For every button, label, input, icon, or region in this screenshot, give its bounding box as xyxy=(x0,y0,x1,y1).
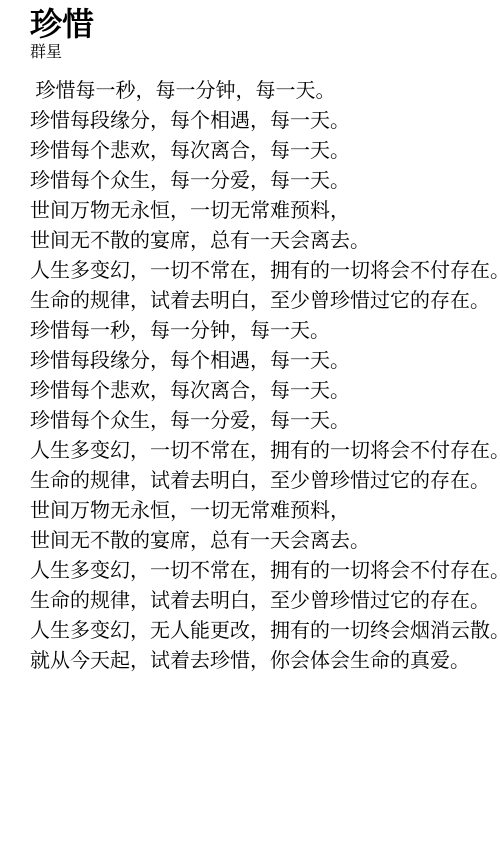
lyric-line: 生命的规律，试着去明白，至少曾珍惜过它的存在。 xyxy=(30,286,500,316)
lyric-line: 珍惜每个悲欢，每次离合，每一天。 xyxy=(30,136,500,166)
lyric-line: 世间无不散的宴席，总有一天会离去。 xyxy=(30,526,500,556)
lyrics-page: 珍惜 群星 珍惜每一秒，每一分钟，每一天。珍惜每段缘分，每个相遇，每一天。珍惜每… xyxy=(0,6,500,676)
lyric-line: 生命的规律，试着去明白，至少曾珍惜过它的存在。 xyxy=(30,586,500,616)
lyric-line: 世间万物无永恒，一切无常难预料， xyxy=(30,496,500,526)
lyric-line: 珍惜每一秒，每一分钟，每一天。 xyxy=(30,76,500,106)
song-title: 珍惜 xyxy=(30,6,500,42)
lyrics-block: 珍惜每一秒，每一分钟，每一天。珍惜每段缘分，每个相遇，每一天。珍惜每个悲欢，每次… xyxy=(30,76,500,676)
lyric-line: 人生多变幻，无人能更改，拥有的一切终会烟消云散。 xyxy=(30,616,500,646)
lyric-line: 生命的规律，试着去明白，至少曾珍惜过它的存在。 xyxy=(30,466,500,496)
lyric-line: 就从今天起，试着去珍惜，你会体会生命的真爱。 xyxy=(30,646,500,676)
lyric-line: 人生多变幻，一切不常在，拥有的一切将会不付存在。 xyxy=(30,436,500,466)
lyric-line: 世间万物无永恒，一切无常难预料， xyxy=(30,196,500,226)
artist-name: 群星 xyxy=(30,44,500,62)
lyric-line: 珍惜每个众生，每一分爱，每一天。 xyxy=(30,406,500,436)
lyric-line: 人生多变幻，一切不常在，拥有的一切将会不付存在。 xyxy=(30,556,500,586)
lyric-line: 珍惜每个众生，每一分爱，每一天。 xyxy=(30,166,500,196)
lyric-line: 人生多变幻，一切不常在，拥有的一切将会不付存在。 xyxy=(30,256,500,286)
lyric-line: 珍惜每一秒，每一分钟，每一天。 xyxy=(30,316,500,346)
lyric-line: 珍惜每段缘分，每个相遇，每一天。 xyxy=(30,106,500,136)
lyric-line: 珍惜每段缘分，每个相遇，每一天。 xyxy=(30,346,500,376)
lyric-line: 珍惜每个悲欢，每次离合，每一天。 xyxy=(30,376,500,406)
lyric-line: 世间无不散的宴席，总有一天会离去。 xyxy=(30,226,500,256)
